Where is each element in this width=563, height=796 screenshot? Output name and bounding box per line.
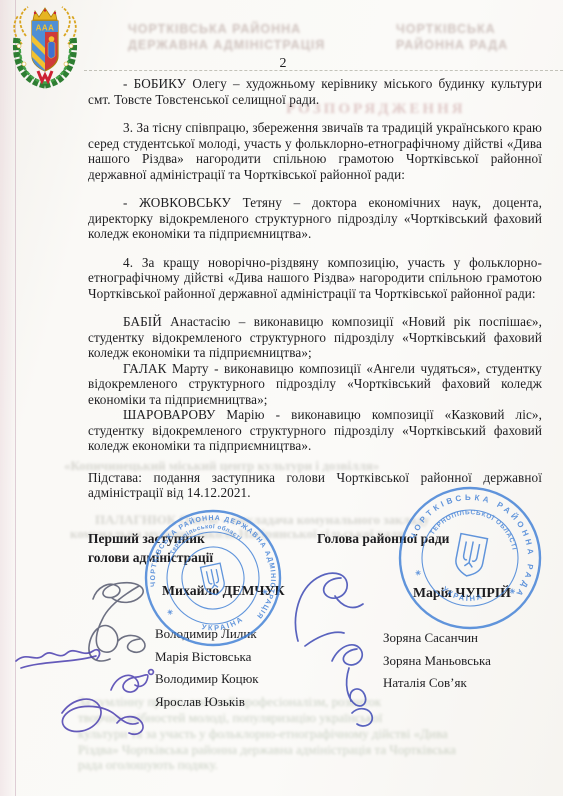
stamp-ring-text: ЧОРТКІВСЬКА РАЙОННА ДЕРЖАВНА АДМІНІСТРАЦ… [138,502,285,641]
svg-text:ЧОРТКІВСЬКА РАЙОННА ДЕРЖАВНА А: ЧОРТКІВСЬКА РАЙОННА ДЕРЖАВНА АДМІНІСТРАЦ… [138,502,285,641]
paragraph-bobyk: - БОБИКУ Олегу – художньому керівнику мі… [88,76,542,107]
paragraph-babii: БАБІЙ Анастасію – виконавицю композиції … [88,314,542,361]
witness-name: Ярослав Юзьків [155,694,259,717]
signature-scribble-left-bottom [16,650,153,735]
signature-scribble-left-top [89,583,145,661]
witness-name: Володимир Лилик [155,626,259,649]
bleedthrough-text: культури та за участь у фольклорно-етног… [78,726,448,742]
paragraph-item4: 4. За кращу новорічно-різдвяну композиці… [88,255,542,302]
coat-of-arms: ААА [8,4,82,90]
left-signer-title: Перший заступник голови адміністрації [88,530,258,567]
document-page: ААА ЧОРТКІВСЬКА РАЙОННА ДЕРЖАВНА АДМІНІС… [0,0,563,796]
bleedthrough-text: ЧОРТКІВСЬКА [396,22,496,36]
bleedthrough-text: Різдва» Чортківська районна державна адм… [78,742,456,758]
trident-icon [453,534,487,579]
stamp-star-icon: ✳ [167,608,175,617]
signature-scribble-right [295,573,372,726]
witness-name: Зоряна Сасанчин [383,630,491,653]
left-signer-name: Михайло ДЕМЧУК [162,583,285,599]
paragraph-sharovarova: ШАРОВАРОВУ Марію - виконавицю композиції… [88,407,542,454]
paragraph-halak: ГАЛАК Марту - виконавицю композиції «Анг… [88,361,542,408]
document-body: - БОБИКУ Олегу – художньому керівнику мі… [88,76,542,501]
bleedthrough-text: РАЙОННА РАДА [396,38,508,52]
left-witness-list: Володимир Лилик Марія Вістовська Володим… [155,626,259,716]
stamp-star-icon: ✳ [414,569,421,578]
left-signer-title-line1: Перший заступник [88,530,258,549]
basis-paragraph: Підстава: подання заступника голови Чорт… [88,470,542,501]
figure-halo [49,36,55,42]
bleedthrough-text: ДЕРЖАВНА АДМІНІСТРАЦІЯ [128,38,325,52]
witness-name: Наталія Сов’як [383,675,491,698]
right-witness-list: Зоряна Сасанчин Зоряна Маньовська Наталі… [383,630,491,698]
witness-name: Зоряна Маньовська [383,653,491,676]
paragraph-item3: 3. За тісну співпрацю, збереження звичаї… [88,120,542,182]
scan-left-edge [0,0,16,796]
bleedthrough-text: ПАЛАГНЮК Олесю – викладача комунального … [95,512,429,528]
paragraph-zhovkovska: - ЖОВКОВСЬКУ Тетяну – доктора економічни… [88,195,542,242]
right-signer-name: Марія ЧУПРІЙ [413,585,511,601]
bleedthrough-text: рада оголошують подяку. [78,757,218,773]
separator-line [84,70,563,71]
shield-letters: ААА [36,24,55,33]
figure-robe [48,42,55,59]
witness-name: Марія Вістовська [155,649,259,672]
ribbon [38,71,52,81]
bleedthrough-text: ЧОРТКІВСЬКА РАЙОННА [128,22,301,36]
witness-name: Володимир Коцюк [155,671,259,694]
right-signer-title: Голова районної ради [317,530,449,549]
left-signer-title-line2: голови адміністрації [88,549,258,568]
